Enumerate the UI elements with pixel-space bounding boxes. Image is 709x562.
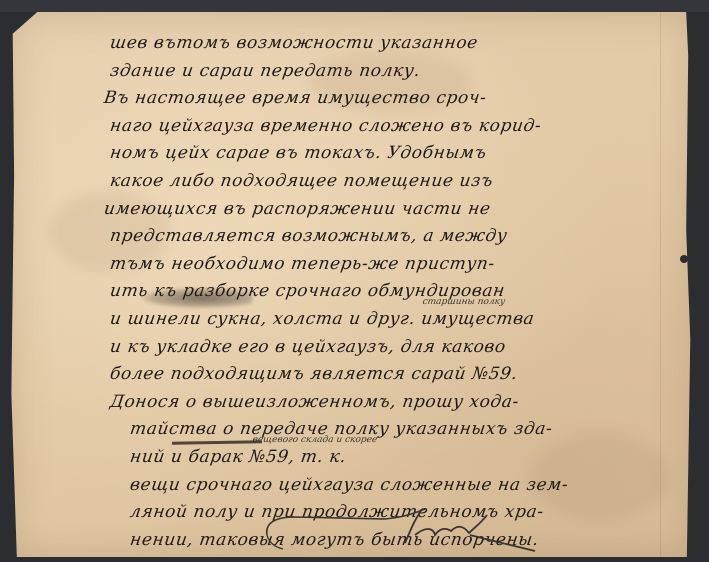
interlinear-insertion: вещевого склада и скорее	[252, 435, 378, 445]
line-text: Донося о вышеизложенномъ, прошу хода-	[109, 392, 521, 412]
handwritten-line: Въ настоящее время имущество сроч-	[102, 85, 652, 113]
signature: Подпись	[265, 505, 555, 555]
handwritten-line: тъмъ необходимо теперь-же приступ-	[108, 251, 652, 279]
handwritten-line: номъ цейх сарае въ токахъ. Удобнымъ	[108, 140, 652, 168]
handwritten-line: наго цейхгауза временно сложено въ корид…	[108, 113, 652, 141]
line-text: какое либо подходящее помещение изъ	[109, 171, 495, 191]
handwritten-line: более подходящимъ является сарай №59.	[108, 361, 652, 389]
handwritten-line: вещевого склада и скорее ний и барак №59…	[128, 444, 652, 472]
paper-fold	[660, 12, 661, 557]
paper-edge-chip	[680, 255, 688, 263]
line-text: номъ цейх сарае въ токахъ. Удобнымъ	[109, 143, 488, 163]
handwritten-line: вещи срочнаго цейхгауза сложенные на зем…	[128, 472, 652, 500]
paper-edge-chip	[5, 450, 12, 460]
handwritten-line: тайства о передаче полку указанныхъ зда-	[128, 416, 652, 444]
line-text: Въ настоящее время имущество сроч-	[103, 88, 488, 108]
scanned-document: шев вътомъ возможности указанное здание …	[0, 0, 709, 562]
line-text: наго цейхгауза временно сложено въ корид…	[109, 116, 543, 136]
line-text: тъмъ необходимо теперь-же приступ-	[109, 254, 496, 274]
line-text: и шинели сукна, холста и друг. имущества	[109, 309, 536, 329]
line-text: шев вътомъ возможности указанное	[109, 33, 480, 53]
handwritten-line: имеющихся въ распоряжении части не	[102, 196, 652, 224]
handwritten-line: старшины полку и шинели сукна, холста и …	[108, 306, 652, 334]
line-text: вещи срочнаго цейхгауза сложенные на зем…	[129, 475, 570, 495]
handwritten-line: какое либо подходящее помещение изъ	[108, 168, 652, 196]
line-text: и къ укладке его в цейхгаузъ, для каково	[109, 337, 508, 357]
interlinear-insertion: старшины полку	[422, 297, 506, 307]
line-text: имеющихся въ распоряжении части не	[103, 199, 492, 219]
handwritten-text-body: шев вътомъ возможности указанное здание …	[110, 30, 650, 554]
handwritten-line: здание и сараи передать полку.	[108, 58, 652, 86]
handwritten-line: представляется возможнымъ, а между	[108, 223, 652, 251]
handwritten-line: и къ укладке его в цейхгаузъ, для каково	[108, 334, 652, 362]
line-text: ний и барак №59, т. к.	[129, 447, 348, 467]
line-text: здание и сараи передать полку.	[109, 61, 422, 81]
handwritten-line: Донося о вышеизложенномъ, прошу хода-	[108, 389, 652, 417]
handwritten-line: ить къ разборке срочнаго обмундирован	[108, 278, 652, 306]
line-text: представляется возможнымъ, а между	[109, 226, 509, 246]
scanner-background-strip	[0, 0, 709, 12]
handwritten-line: шев вътомъ возможности указанное	[108, 30, 652, 58]
line-text: более подходящимъ является сарай №59.	[109, 364, 519, 384]
